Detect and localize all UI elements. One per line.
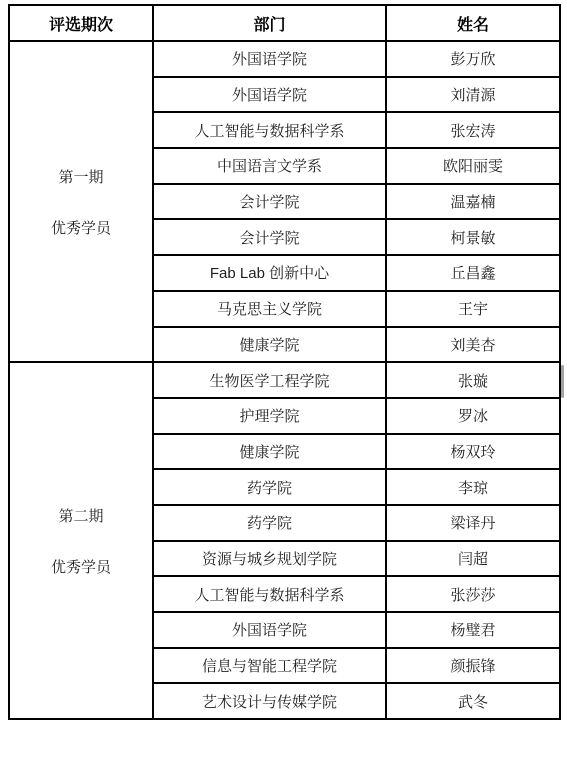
department-cell: 外国语学院 [153, 41, 386, 77]
col-header-period: 评选期次 [9, 5, 153, 41]
department-cell: Fab Lab 创新中心 [153, 255, 386, 291]
name-cell: 罗冰 [386, 398, 560, 434]
name-cell: 张莎莎 [386, 576, 560, 612]
page: 评选期次 部门 姓名 第一期优秀学员外国语学院彭万欣外国语学院刘清源人工智能与数… [0, 0, 567, 767]
name-cell: 刘美杏 [386, 327, 560, 363]
name-cell: 温嘉楠 [386, 184, 560, 220]
name-cell: 彭万欣 [386, 41, 560, 77]
name-cell: 李琼 [386, 469, 560, 505]
period-sublabel: 优秀学员 [10, 556, 152, 577]
department-cell: 外国语学院 [153, 612, 386, 648]
scrollbar-thumb[interactable] [561, 365, 564, 398]
awardees-table: 评选期次 部门 姓名 第一期优秀学员外国语学院彭万欣外国语学院刘清源人工智能与数… [8, 4, 561, 720]
department-cell: 中国语言文学系 [153, 148, 386, 184]
name-cell: 柯景敏 [386, 219, 560, 255]
name-cell: 闫超 [386, 541, 560, 577]
name-cell: 张璇 [386, 362, 560, 398]
name-cell: 杨璧君 [386, 612, 560, 648]
col-header-department: 部门 [153, 5, 386, 41]
department-cell: 会计学院 [153, 184, 386, 220]
department-cell: 健康学院 [153, 327, 386, 363]
period-cell: 第二期优秀学员 [9, 362, 153, 719]
period-label: 第一期 [10, 166, 152, 187]
name-cell: 刘清源 [386, 77, 560, 113]
department-cell: 药学院 [153, 469, 386, 505]
table-row: 第二期优秀学员生物医学工程学院张璇 [9, 362, 560, 398]
table-row: 第一期优秀学员外国语学院彭万欣 [9, 41, 560, 77]
department-cell: 马克思主义学院 [153, 291, 386, 327]
period-sublabel: 优秀学员 [10, 217, 152, 238]
department-cell: 药学院 [153, 505, 386, 541]
name-cell: 武冬 [386, 683, 560, 719]
department-cell: 资源与城乡规划学院 [153, 541, 386, 577]
department-cell: 艺术设计与传媒学院 [153, 683, 386, 719]
department-cell: 生物医学工程学院 [153, 362, 386, 398]
department-cell: 人工智能与数据科学系 [153, 576, 386, 612]
name-cell: 杨双玲 [386, 434, 560, 470]
department-cell: 信息与智能工程学院 [153, 648, 386, 684]
name-cell: 颜振锋 [386, 648, 560, 684]
name-cell: 梁译丹 [386, 505, 560, 541]
department-cell: 会计学院 [153, 219, 386, 255]
department-cell: 护理学院 [153, 398, 386, 434]
name-cell: 欧阳丽雯 [386, 148, 560, 184]
name-cell: 王宇 [386, 291, 560, 327]
col-header-name: 姓名 [386, 5, 560, 41]
header-row: 评选期次 部门 姓名 [9, 5, 560, 41]
name-cell: 丘昌鑫 [386, 255, 560, 291]
period-cell: 第一期优秀学员 [9, 41, 153, 362]
department-cell: 健康学院 [153, 434, 386, 470]
name-cell: 张宏涛 [386, 112, 560, 148]
department-cell: 外国语学院 [153, 77, 386, 113]
period-label: 第二期 [10, 505, 152, 526]
department-cell: 人工智能与数据科学系 [153, 112, 386, 148]
